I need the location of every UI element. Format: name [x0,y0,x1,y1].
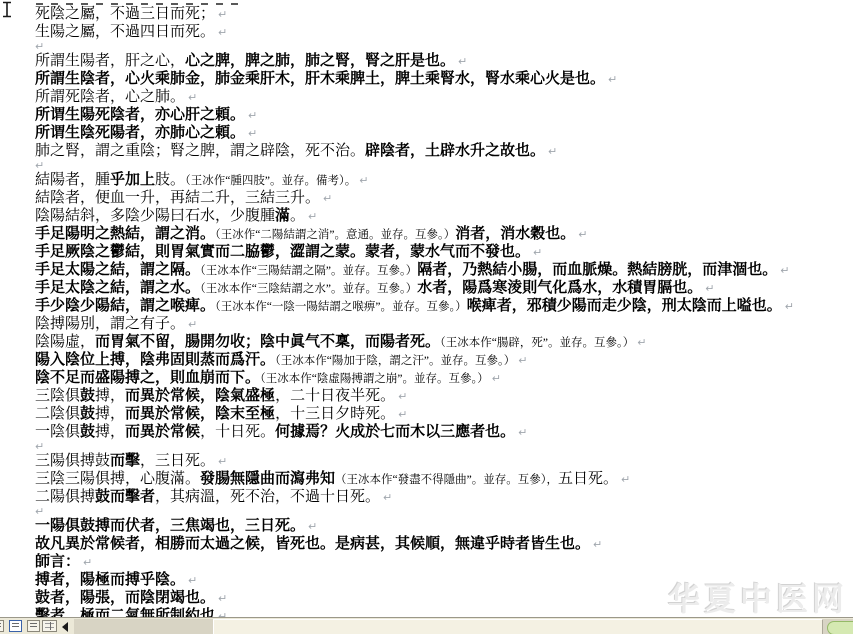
text-line: 所谓生陽死陰者，亦心肝之頼。↵ [35,106,853,124]
text-segment: （王冰本作“腸辟，死”。並存。互參。） [440,337,634,349]
text-segment: 。 [290,208,305,224]
clipped-line-remnant [36,1,244,5]
text-segment: 手足陽明之熱結，謂之消。 [35,226,215,242]
text-segment: 鼓 [80,406,95,422]
paragraph-mark-icon: ↵ [218,592,227,605]
text-segment: 而胃氣不留，腸開勿收；陰中眞气不稟，而陽者死。 [95,334,440,350]
text-segment: 隔者，乃熱結小腸，而血脈燥。熱結膀胱，而津涸也。 [417,262,777,278]
paragraph-mark-icon: ↵ [533,246,542,259]
text-segment: （王冰本作“陰虛陽搏謂之崩”。並存。互參。） [260,373,489,385]
text-segment: 而異於常候，陰末至極 [125,406,275,422]
text-line: 故凡異於常候者，相勝而太過之候，皆死也。是病甚，其候順，無違乎時者皆生也。↵ [35,535,853,553]
text-segment: 搏， [95,388,125,404]
paragraph-mark-icon: ↵ [83,556,92,569]
text-segment: （王冰本作“陽加于陰，謂之汗”。並存。互參。） [275,355,515,367]
book-spine [50,622,51,630]
text-segment: 結陽者，腫 [35,172,110,188]
text-line: 手足太陽之結，謂之隔。（王冰本作“三陽結謂之隔”。並存。互參。）隔者，乃熱結小腸… [35,261,853,279]
text-segment: 一陽俱鼓搏而伏者，三焦竭也，三日死。 [35,518,305,534]
text-segment: 結陰者，便血一升，再結二升，三結三升。 [35,190,320,206]
paragraph-mark-icon: ↵ [608,73,617,86]
text-line: 陰不足而盛陽搏之，則血崩而下。（王冰本作“陰虛陽搏謂之崩”。並存。互參。）↵ [35,369,853,387]
text-segment: 乎加上 [110,172,155,188]
text-segment: （王冰本作“一陰一陽結謂之喉痹”。並存。互參。） [215,301,467,313]
paragraph-mark-icon: ↵ [218,455,227,468]
paragraph-mark-icon: ↵ [308,520,317,533]
paragraph-mark-icon: ↵ [383,491,392,504]
text-segment: 而異於常候，陰氣盛極 [125,388,275,404]
paragraph-mark-icon: ↵ [398,390,407,403]
text-segment: 鼓而擊者 [95,489,155,505]
text-line: 所謂死陰者，心之肺。↵ [35,88,853,106]
text-segment: 所謂生陰者，心火乘肺金，肺金乘肝木，肝木乘脾土，脾土乘腎水，腎水乘心火是也。 [35,71,605,87]
paragraph-mark-icon: ↵ [785,300,794,313]
text-segment: 五日死。 [558,471,618,487]
empty-line: ↵ [35,41,853,52]
text-line: 一陰俱鼓搏，而異於常候，十日死。何據焉？火成於七而木以三應者也。↵ [35,423,853,441]
text-segment: 手足厥陰之鬱結，則胃氣實而二脇鬱，澀謂之蒙。蒙者，蒙水气而不發也。 [35,244,530,260]
text-segment: 發腸無隱曲而瀉弗知 [200,471,335,487]
horizontal-scrollbar-thumb[interactable] [213,619,823,634]
paragraph-mark-icon: ↵ [637,336,646,349]
text-line: 陰陽虛，而胃氣不留，腸開勿收；陰中眞气不稟，而陽者死。（王冰本作“腸辟，死”。並… [35,333,853,351]
text-segment: 擊者，極而二氣無所制約也 [35,608,215,617]
paragraph-mark-icon: ↵ [518,426,527,439]
paragraph-mark-icon: ↵ [218,8,227,21]
text-line: 手少陰少陽結，謂之喉痺。（王冰本作“一陰一陽結謂之喉痹”。並存。互參。）喉痺者，… [35,297,853,315]
text-segment: 何據焉？火成於七而木以三應者也。 [275,424,515,440]
paragraph-mark-icon: ↵ [248,127,257,140]
paragraph-mark-icon: ↵ [705,282,714,295]
paragraph-mark-icon: ↵ [593,538,602,551]
text-segment: 生陽之屬，不過四日而死。 [35,24,215,40]
text-segment: 陽入陰位上搏，陰弗固則蒸而爲汗。 [35,352,275,368]
text-line: 陰陽結斜，多陰少陽曰石水，少腹腫滿。↵ [35,207,853,225]
paragraph-mark-icon: ↵ [359,174,368,187]
text-segment: ，二十日夜半死。 [275,388,395,404]
text-segment: 手足太陰之結，謂之水。 [35,280,200,296]
empty-line: ↵ [35,441,853,452]
paragraph-mark-icon: ↵ [780,264,789,277]
paragraph-mark-icon: ↵ [492,372,501,385]
text-segment: 二陽俱搏 [35,489,95,505]
text-segment: 鼓者，陽張，而陰閉竭也。 [35,590,215,606]
text-segment: 所谓生陽死陰者，亦心肝之頼。 [35,107,245,123]
text-segment: 陰陽結斜，多陰少陽曰石水，少腹腫 [35,208,275,224]
paragraph-mark-icon: ↵ [323,192,332,205]
text-segment: 師言： [35,554,80,570]
text-segment: 肺之腎，謂之重陰；腎之脾，謂之辟陰，死不治。 [35,143,365,159]
text-segment: （王冰作“二陽結謂之消”。意通。並存。互參。） [215,229,455,241]
outline-view-icon[interactable] [27,620,40,632]
text-segment: ，十日死。 [200,424,275,440]
text-line: 所謂生陰者，心火乘肺金，肺金乘肝木，肝木乘脾土，脾土乘腎水，腎水乘心火是也。↵ [35,70,853,88]
text-segment: 一陰俱 [35,424,80,440]
text-segment: 陰陽虛， [35,334,95,350]
text-line: 手足太陰之結，謂之水。（王冰本作“三陰結謂之水”。並存。互參。）水者，陽爲寒淩則… [35,279,853,297]
text-segment: 鼓 [80,424,95,440]
paragraph-mark-icon: ↵ [188,91,197,104]
text-segment: 手少陰少陽結，謂之喉痺。 [35,298,215,314]
text-segment: 而擊 [110,453,140,469]
scroll-left-arrow-icon[interactable] [62,622,68,632]
document-text: 死陰之屬，不過三日而死；↵生陽之屬，不過四日而死。↵↵所謂生陽者，肝之心，心之脾… [0,0,853,617]
text-line: 生陽之屬，不過四日而死。↵ [35,23,853,41]
normal-view-icon[interactable] [0,620,4,632]
text-segment: 滿 [275,208,290,224]
text-segment: 所謂生陽者，肝之心， [35,53,185,69]
text-segment: 心之脾，脾之肺，肺之腎，腎之肝是也。 [185,53,455,69]
text-segment: （王冰本作“三陽結謂之隔”。並存。互參。） [200,265,417,277]
view-icon-glyph [12,623,19,629]
view-icon-glyph [0,623,1,629]
text-line: 二陽俱搏鼓而擊者，其病溫，死不治，不過十日死。↵ [35,488,853,506]
text-segment: 陰搏陽別，謂之有子。 [35,316,185,332]
text-segment: 水者，陽爲寒淩則气化爲水，水積胃膈也。 [417,280,702,296]
text-segment: 三陰俱 [35,388,80,404]
view-icon-glyph [30,623,37,629]
empty-line: ↵ [35,506,853,517]
text-segment: 所谓生陰死陽者，亦肺心之頼。 [35,125,245,141]
text-segment: ，其病溫，死不治，不過十日死。 [155,489,380,505]
text-line: 三陰俱鼓搏，而異於常候，陰氣盛極，二十日夜半死。↵ [35,387,853,405]
text-segment: 消者，消水穀也。 [455,226,575,242]
text-segment: （王冰本作“發盡不得隱曲”。並存。互參）， [335,474,558,486]
text-line: 所謂生陽者，肝之心，心之脾，脾之肺，肺之腎，腎之肝是也。↵ [35,52,853,70]
paragraph-mark-icon: ↵ [621,473,630,486]
text-segment: 搏者，陽極而搏乎陰。 [35,572,185,588]
text-segment: 搏， [95,406,125,422]
text-segment: 搏， [95,424,125,440]
text-segment: 所謂死陰者，心之肺。 [35,89,185,105]
paragraph-mark-icon: ↵ [458,55,467,68]
text-segment: （王冰作“腫四肢”。並存。備考）。 [185,175,356,187]
print-layout-view-icon[interactable] [9,620,22,632]
text-segment: 而異於常候 [125,424,200,440]
status-bar [0,617,853,634]
text-segment: 二陰俱 [35,406,80,422]
text-segment: 肢。 [155,172,185,188]
paragraph-mark-icon: ↵ [218,26,227,39]
reading-view-icon[interactable] [42,620,57,632]
paragraph-mark-icon: ↵ [188,318,197,331]
text-segment: 陰不足而盛陽搏之，則血崩而下。 [35,370,260,386]
text-line: 肺之腎，謂之重陰；腎之脾，謂之辟陰，死不治。辟陰者，土辟水升之故也。↵ [35,142,853,160]
text-segment: ，十三日夕時死。 [275,406,395,422]
paragraph-mark-icon: ↵ [308,210,317,223]
paragraph-mark-icon: ↵ [548,145,557,158]
document-area[interactable]: 死陰之屬，不過三日而死；↵生陽之屬，不過四日而死。↵↵所謂生陽者，肝之心，心之脾… [0,0,853,617]
paragraph-mark-icon: ↵ [218,610,227,617]
text-segment: 鼓 [80,388,95,404]
text-segment: 辟陰者，土辟水升之故也。 [365,143,545,159]
text-segment: 手足太陽之結，謂之隔。 [35,262,200,278]
text-segment: 喉痺者，邪積少陽而走少陰，刑太陰而上嗌也。 [467,298,782,314]
paragraph-mark-icon: ↵ [248,109,257,122]
text-line: 死陰之屬，不過三日而死；↵ [35,5,853,23]
text-line: 結陽者，腫乎加上肢。（王冰作“腫四肢”。並存。備考）。↵ [35,171,853,189]
text-segment: （王冰本作“三陰結謂之水”。並存。互參。） [200,283,417,295]
text-line: 二陰俱鼓搏，而異於常候，陰末至極，十三日夕時死。↵ [35,405,853,423]
paragraph-mark-icon: ↵ [518,354,527,367]
text-segment: 三陽俱搏鼓 [35,453,110,469]
text-segment: 死陰之屬，不過三日而死； [35,6,215,22]
text-line: 手足厥陰之鬱結，則胃氣實而二脇鬱，澀謂之蒙。蒙者，蒙水气而不發也。↵ [35,243,853,261]
text-line: 陽入陰位上搏，陰弗固則蒸而爲汗。（王冰本作“陽加于陰，謂之汗”。並存。互參。）↵ [35,351,853,369]
text-segment: 故凡異於常候者，相勝而太過之候，皆死也。是病甚，其候順，無違乎時者皆生也。 [35,536,590,552]
text-line: 結陰者，便血一升，再結二升，三結三升。↵ [35,189,853,207]
text-line: 師言：↵ [35,553,853,571]
text-line: 陰搏陽別，謂之有子。↵ [35,315,853,333]
text-line: 所谓生陰死陽者，亦肺心之頼。↵ [35,124,853,142]
text-line: 一陽俱鼓搏而伏者，三焦竭也，三日死。↵ [35,517,853,535]
text-line: 三陽俱搏鼓而擊，三日死。↵ [35,452,853,470]
clipped-text-fragments [36,3,244,5]
paragraph-mark-icon: ↵ [398,408,407,421]
application-window: { "watermark": { "text": "华夏中医网" }, "doc… [0,0,853,634]
paragraph-mark-icon: ↵ [578,228,587,241]
paragraph-mark-icon: ↵ [188,574,197,587]
text-segment: 三陰三陽俱搏，心腹滿。 [35,471,200,487]
corner-widget[interactable] [827,621,853,634]
watermark: 华夏中医网 [668,574,848,620]
ibeam-cursor-icon [2,1,12,18]
text-line: 三陰三陽俱搏，心腹滿。發腸無隱曲而瀉弗知（王冰本作“發盡不得隱曲”。並存。互參）… [35,470,853,488]
empty-line: ↵ [35,160,853,171]
text-segment: ，三日死。 [140,453,215,469]
text-line: 手足陽明之熱結，謂之消。（王冰作“二陽結謂之消”。意通。並存。互參。）消者，消水… [35,225,853,243]
